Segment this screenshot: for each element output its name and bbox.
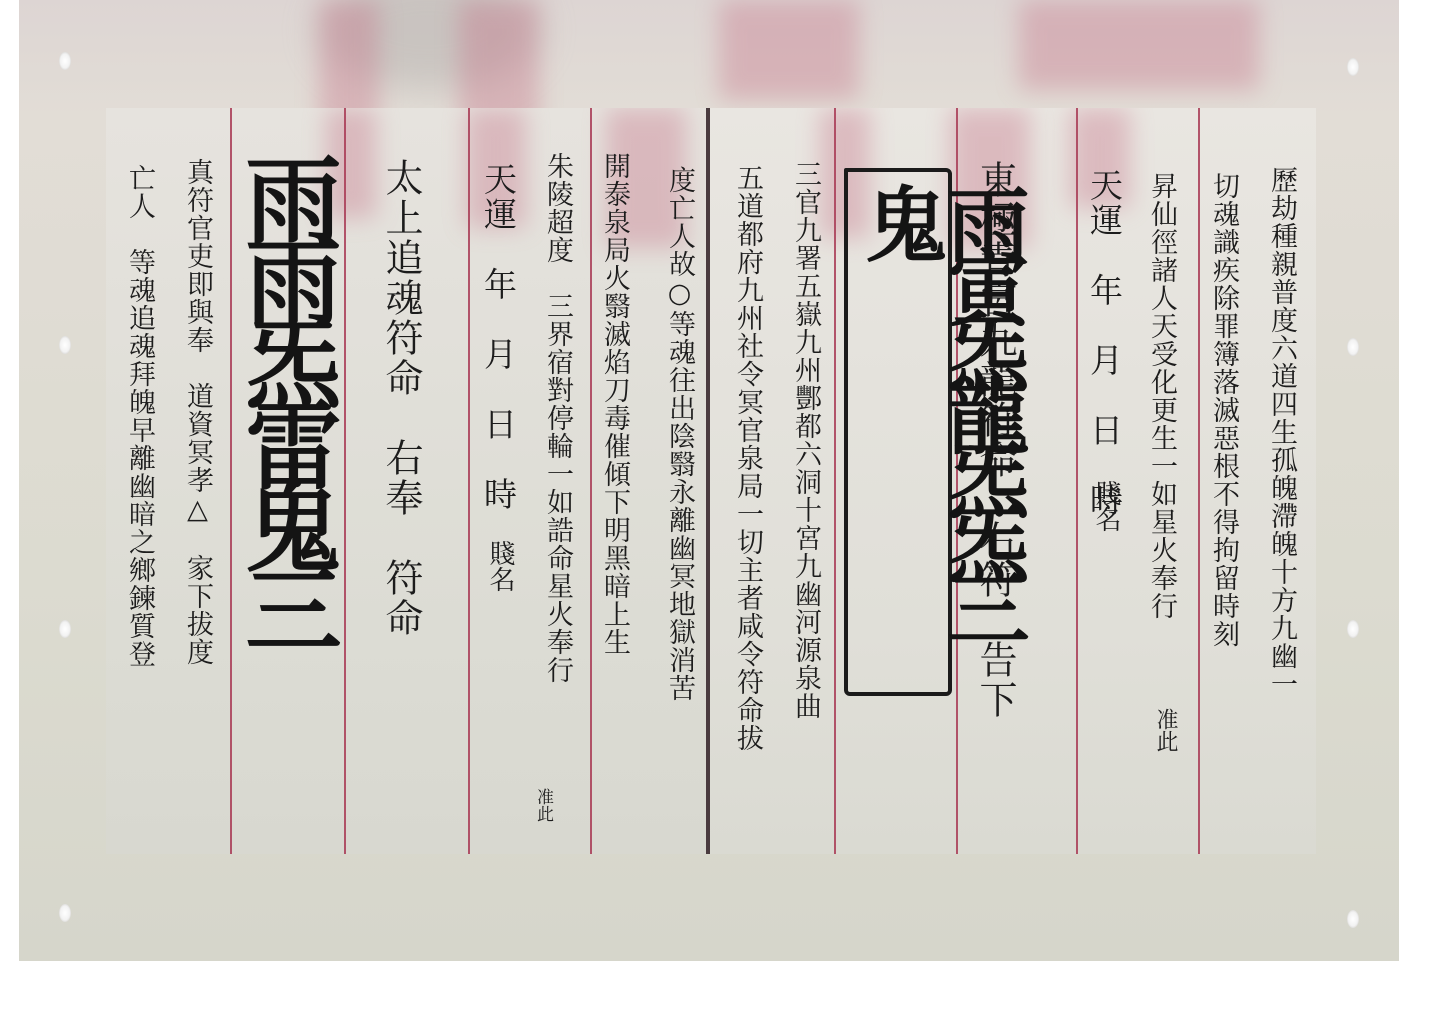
column-rule	[834, 108, 836, 854]
binding-hole	[1347, 338, 1359, 356]
talisman-zhuihun: 雨雨炁雷鬼三	[232, 150, 342, 750]
binding-hole	[59, 620, 71, 638]
date-column: 天運 年 月 日 時	[1088, 168, 1121, 518]
binding-hole	[1347, 58, 1359, 76]
column-rule	[468, 108, 470, 854]
talisman-jiulong: 雨寅炁龍炁炁三鬼	[844, 168, 952, 696]
date-column: 天運 年 月 日 時	[482, 162, 515, 512]
text-column: 度亡人故○等魂往出陰翳永離幽冥地獄消苦	[666, 166, 693, 702]
text-column: 昇仙徑諸人天受化更生一如星火奉行	[1148, 172, 1175, 620]
left-page: 度亡人故○等魂往出陰翳永離幽冥地獄消苦 開泰泉局火翳滅焰刀毒催傾下明黑暗上生 朱…	[106, 108, 708, 854]
signature-name: 賤名	[1088, 480, 1125, 532]
right-page: 歷劫種親普度六道四生孤魄滯魄十方九幽一 切魂識疾除罪簿落滅惡根不得拘留時刻 昇仙…	[710, 108, 1316, 854]
text-column: 真符官吏即與奉 道資冥孝△ 家下拔度	[184, 158, 211, 666]
approval-mark: 准此	[1150, 708, 1181, 752]
command-title: 太上追魂符命 右奉 符命	[382, 158, 420, 638]
column-rule	[1076, 108, 1078, 854]
talisman-glyphs: 雨寅炁龍炁炁三鬼	[858, 182, 1022, 692]
text-column: 開泰泉局火翳滅焰刀毒催傾下明黑暗上生	[601, 152, 628, 656]
column-rule	[1198, 108, 1200, 854]
binding-hole	[1347, 620, 1359, 638]
text-column: 切魂識疾除罪簿落滅惡根不得拘留時刻	[1210, 172, 1237, 648]
talisman-glyphs: 雨雨炁雷鬼三	[238, 150, 334, 642]
signature-name: 賤名	[482, 540, 519, 592]
text-column: 五道都府九州社令冥官泉局一切主者咸令符命拔	[734, 164, 761, 752]
binding-hole	[59, 336, 71, 354]
text-column: 歷劫種親普度六道四生孤魄滯魄十方九幽一	[1268, 166, 1295, 698]
column-rule	[590, 108, 592, 854]
pink-stain	[1019, 0, 1259, 90]
approval-mark: 准此	[531, 788, 556, 822]
column-rule	[344, 108, 346, 854]
text-column: 亡人 等魂追魂拜魄早離幽暗之鄉鍊質登	[126, 164, 153, 668]
text-column: 朱陵超度 三界宿對停輪一如誥命星火奉行	[544, 152, 571, 684]
binding-hole	[59, 52, 71, 70]
binding-hole	[59, 904, 71, 922]
text-column: 三官九署五嶽九州酆都六洞十宮九幽河源泉曲	[792, 160, 819, 720]
pink-stain	[719, 0, 859, 100]
binding-hole	[1347, 910, 1359, 928]
